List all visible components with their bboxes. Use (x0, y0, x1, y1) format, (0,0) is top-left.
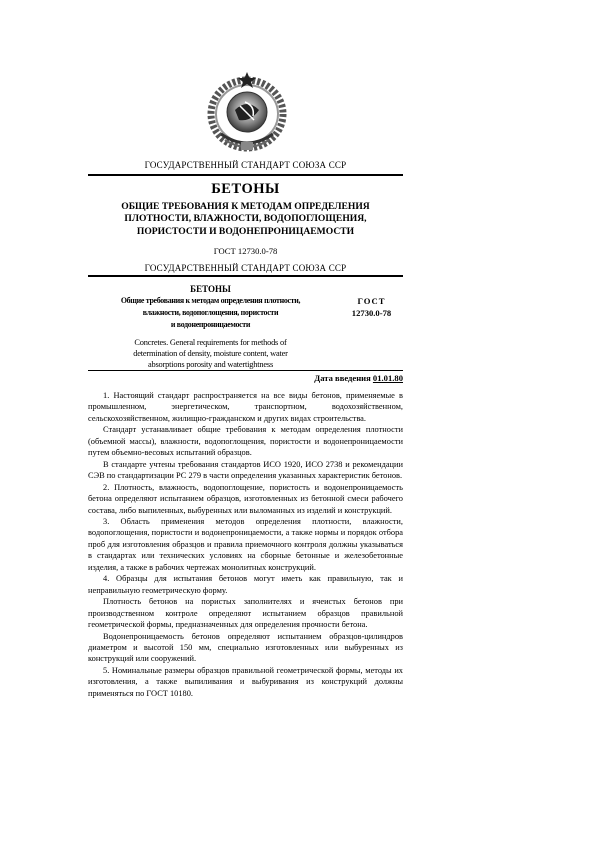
title-block-rule (88, 370, 403, 371)
paragraph: Водонепроницаемость бетонов определяют и… (88, 631, 403, 665)
ussr-state-emblem-icon (207, 70, 287, 152)
paragraph: Стандарт устанавливает общие требования … (88, 424, 403, 458)
subtitle-line: ПЛОТНОСТИ, ВЛАЖНОСТИ, ВОДОПОГЛОЩЕНИЯ, (88, 213, 403, 225)
subtitle-line: ОБЩИЕ ТРЕБОВАНИЯ К МЕТОДАМ ОПРЕДЕЛЕНИЯ (88, 201, 403, 213)
intro-date: Дата введения 01.01.80 (314, 373, 403, 383)
gost-designation: ГОСТ 12730.0-78 (340, 295, 403, 319)
description-en-line: Concretes. General requirements for meth… (88, 337, 333, 348)
title-block-description-ru: Общие требования к методам определения п… (88, 295, 333, 331)
intro-date-label: Дата введения (314, 373, 370, 383)
description-en-line: determination of density, moisture conte… (88, 348, 333, 359)
description-ru-line: влажности, водопоглощения, пористости (88, 307, 333, 319)
body-text: 1. Настоящий стандарт распространяется н… (88, 390, 403, 699)
subtitle-line: ПОРИСТОСТИ И ВОДОНЕПРОНИЦАЕМОСТИ (88, 226, 403, 238)
header-rule-second (88, 275, 403, 277)
description-ru-line: Общие требования к методам определения п… (88, 295, 333, 307)
description-ru-line: и водонепроницаемости (88, 319, 333, 331)
gost-number: 12730.0-78 (340, 307, 403, 319)
paragraph: 3. Область применения методов определени… (88, 516, 403, 573)
paragraph: 4. Образцы для испытания бетонов могут и… (88, 573, 403, 596)
document-subtitle: ОБЩИЕ ТРЕБОВАНИЯ К МЕТОДАМ ОПРЕДЕЛЕНИЯ П… (88, 201, 403, 238)
title-block-title: БЕТОНЫ (88, 284, 333, 294)
gost-label: ГОСТ (340, 295, 403, 307)
issuer-header-second: ГОСУДАРСТВЕННЫЙ СТАНДАРТ СОЮЗА ССР (88, 263, 403, 273)
gost-code: ГОСТ 12730.0-78 (88, 246, 403, 256)
paragraph: В стандарте учтены требования стандартов… (88, 459, 403, 482)
issuer-header-top: ГОСУДАРСТВЕННЫЙ СТАНДАРТ СОЮЗА ССР (88, 160, 403, 170)
paragraph: 5. Номинальные размеры образцов правильн… (88, 665, 403, 699)
description-en-line: absorptions porosity and watertightness (88, 359, 333, 370)
paragraph: 1. Настоящий стандарт распространяется н… (88, 390, 403, 424)
paragraph: Плотность бетонов на пористых заполнител… (88, 596, 403, 630)
header-rule-top (88, 174, 403, 176)
paragraph: 2. Плотность, влажность, водопоглощение,… (88, 482, 403, 516)
title-block-description-en: Concretes. General requirements for meth… (88, 337, 333, 371)
intro-date-value: 01.01.80 (373, 373, 403, 383)
document-title: БЕТОНЫ (88, 181, 403, 198)
